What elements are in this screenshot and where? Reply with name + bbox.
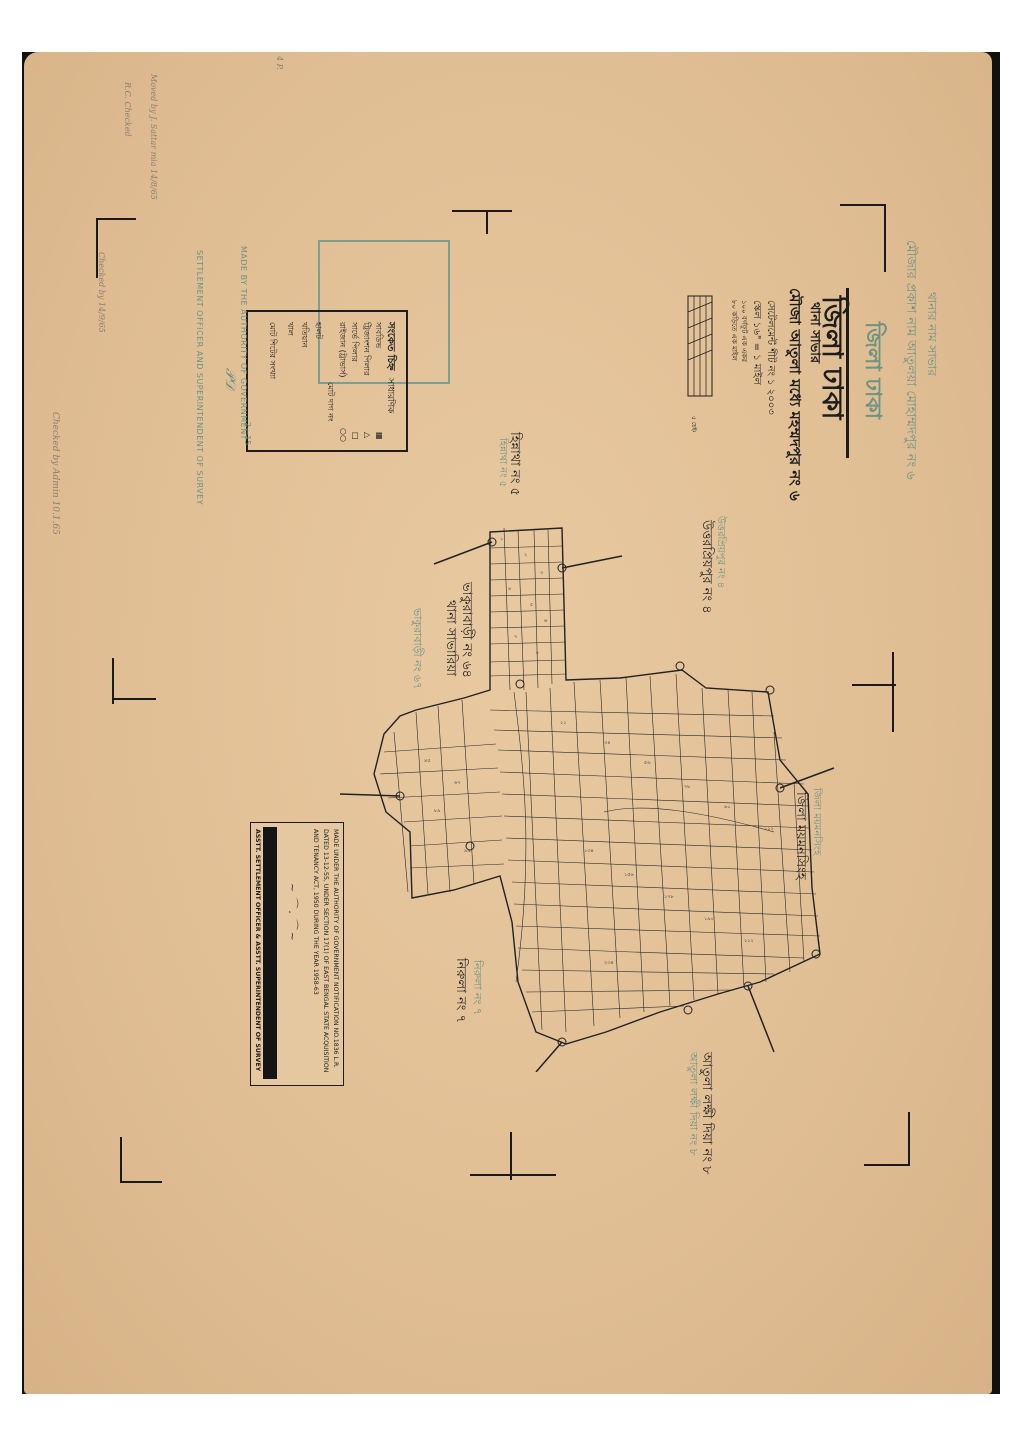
legend-row-1: সাবডিভ <box>371 322 384 348</box>
svg-text:২: ২ <box>524 552 527 558</box>
svg-text:২৩৪: ২৩৪ <box>604 960 614 966</box>
diagonal-scale-bar: ৫ চেইন <box>684 292 720 432</box>
mouza-label: মৌজা আতুলা মধ্যে মহম্মদপুর নং ৬ <box>781 288 806 501</box>
pencil-note-page: 4 P. <box>275 56 284 70</box>
corner-mark-bottom-right <box>864 1112 910 1166</box>
svg-text:২১২: ২১২ <box>744 938 754 944</box>
legend-symbol-3: □ <box>351 432 360 440</box>
legend-row-4: রাইজান (ট্রাভার্স) <box>335 322 348 378</box>
settlement-officer-signature: 𝒫𝒟 <box>222 368 238 389</box>
corner-mark-top-left-h <box>96 218 136 221</box>
corner-mark-top-right <box>840 204 886 272</box>
corner-mark-bottom-left <box>120 1137 162 1183</box>
legend-row-5: মোট দাগ নং <box>323 382 336 421</box>
svg-text:৩৪: ৩৪ <box>604 740 611 746</box>
mouza-name-green: মৌজার প্রকাশ নাম আতুলয়া মোহাম্মদপুর নং … <box>899 240 920 480</box>
svg-text:৩: ৩ <box>540 570 544 576</box>
legend-row-8: খাল <box>283 322 296 336</box>
legend-row-3: সার্ভে পিলার <box>347 322 360 362</box>
boundary-label-north-green: হিন্নাথা নং ৫ <box>493 438 510 487</box>
svg-text:৪: ৪ <box>508 586 511 592</box>
svg-text:১৯০: ১৯০ <box>704 916 714 922</box>
svg-text:৬৭: ৬৭ <box>454 780 461 786</box>
notification-black-bar <box>263 827 277 1079</box>
legend-symbol-1: ▦ <box>375 432 384 440</box>
notification-footer: ASSTT. SETTLEMENT OFFICER & ASSTT. SUPER… <box>254 829 261 1071</box>
corner-mark-bottom-mid-h <box>470 1174 556 1177</box>
corner-mark-right-mid <box>892 652 895 732</box>
authority-code: 2—15 <box>243 422 252 445</box>
legend-row-2: ট্রিজাংশন পিলার <box>359 322 372 375</box>
svg-text:৯৯: ৯৯ <box>464 848 471 854</box>
settlement-officer-text: SETTLEMENT OFFICER AND SUPERINTENDENT OF… <box>195 250 204 505</box>
legend-symbol-4: ○○ <box>339 428 348 442</box>
svg-text:৮৯: ৮৯ <box>434 808 441 814</box>
svg-text:৯০: ৯০ <box>724 804 731 810</box>
legend-row-7: খতিয়ান <box>297 322 310 347</box>
district-title-green: জিলা ঢাকা <box>853 322 890 419</box>
svg-text:১৩৪: ১৩৪ <box>584 848 594 854</box>
svg-text:৬: ৬ <box>544 618 548 624</box>
svg-text:৭: ৭ <box>514 634 517 640</box>
corner-mark-right-mid-h <box>852 684 896 687</box>
svg-text:২১: ২১ <box>560 720 567 726</box>
notification-signature: ~ ⌒ . ⌒ ~ <box>285 883 301 941</box>
svg-text:৫ চেইন: ৫ চেইন <box>690 416 697 432</box>
thana-label: থানা সাভার <box>803 302 824 363</box>
pencil-note-rc: R.C. Checked <box>123 82 132 137</box>
scale-note-2: ৮০ কড়িতে এক মাইল <box>728 300 740 361</box>
legend-symbol-2: △ <box>363 432 372 438</box>
svg-text:৭৮: ৭৮ <box>684 784 691 790</box>
pencil-note-checked-admin: Checked by Admin 10.1.65 <box>50 412 60 535</box>
svg-text:৫৬: ৫৬ <box>644 760 651 766</box>
title-underline <box>846 288 849 458</box>
svg-text:১৫৬: ১৫৬ <box>624 872 634 878</box>
svg-text:১: ১ <box>500 536 503 542</box>
cadastral-plot-map: ১২৩৪ ৫৬৭৮ ২১৩৪৫৬৭৮ ৯০১১২১৩৪১৫৬ ১৭৮১৯০২১২… <box>304 512 844 1072</box>
svg-text:১১২: ১১২ <box>764 826 774 832</box>
legend-row-9: মোট শিটের সংখ্যা <box>265 322 278 379</box>
corner-mark-top-mid-v <box>486 210 489 234</box>
svg-text:১৭৮: ১৭৮ <box>664 894 674 900</box>
thana-name-green: থানার নাম সাভার <box>920 292 940 376</box>
legend-box: সংকেত চিহ্ন সাধারণিক সাবডিভ ▦ ট্রিজাংশন … <box>246 310 408 452</box>
map-sheet: থানার নাম সাভার মৌজার প্রকাশ নাম আতুলয়া… <box>24 52 992 1394</box>
svg-text:৫: ৫ <box>530 602 533 608</box>
pencil-note-moved: Moved by J. Sattar mia 14/8/65 <box>149 74 158 200</box>
pencil-note-checked: Checked by 14/9/65 <box>97 252 106 333</box>
svg-text:৮: ৮ <box>536 650 540 656</box>
corner-mark-left-mid-h <box>112 698 156 701</box>
corner-mark-bottom-mid <box>510 1132 513 1180</box>
authority-text-green: MADE BY THE AUTHORITY OF GOVERNMENT <box>239 246 248 440</box>
legend-row-6: হালট <box>311 322 324 339</box>
svg-text:৪৫: ৪৫ <box>424 758 431 764</box>
legend-title-right: সাধারণিক <box>383 378 398 413</box>
corner-mark-top-mid <box>452 210 512 242</box>
